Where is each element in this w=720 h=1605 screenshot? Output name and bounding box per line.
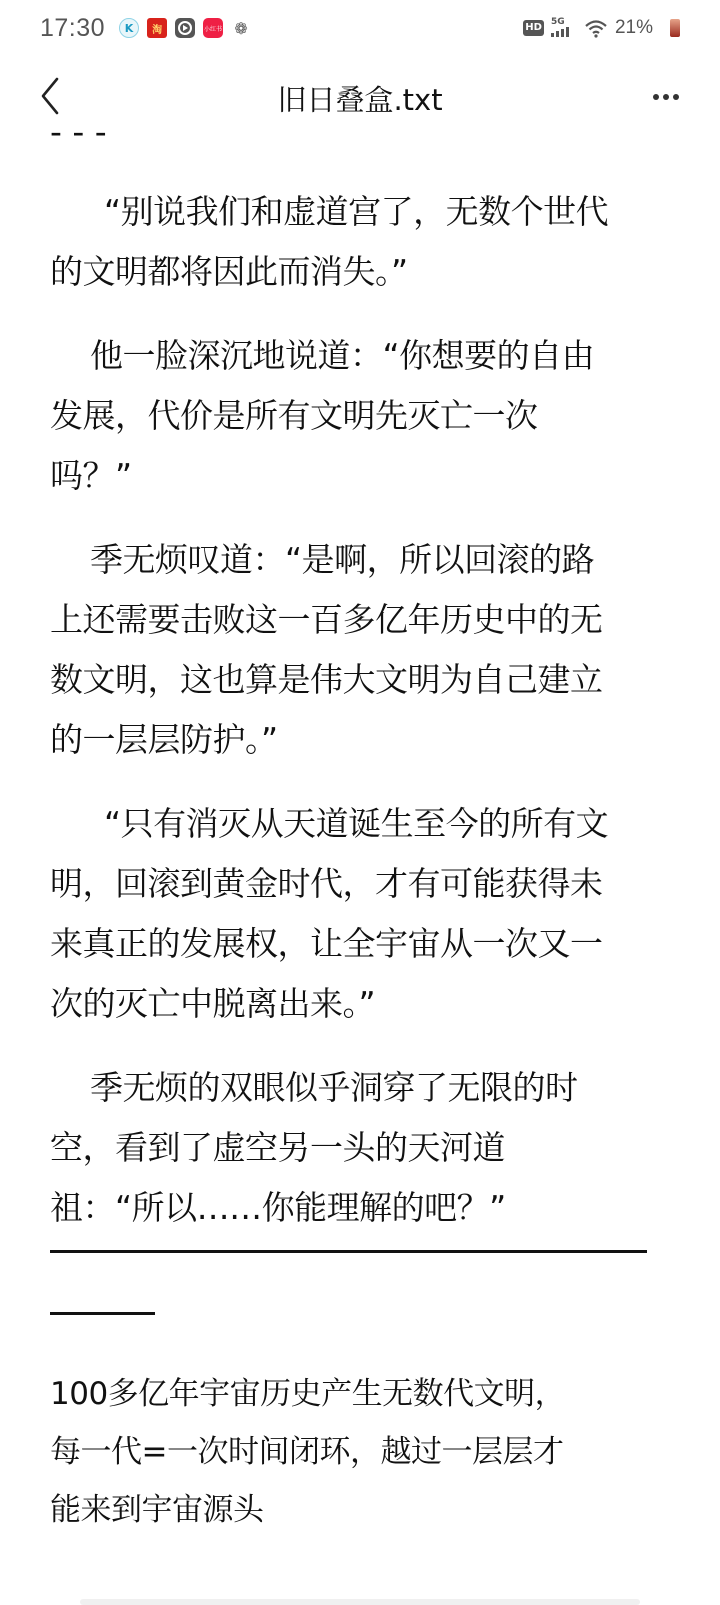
battery-icon [670, 19, 680, 37]
system-icons: HD 5G 21% [523, 17, 680, 39]
xiaohongshu-icon: 小红书 [203, 18, 223, 38]
text-line: 来真正的发展权，让全宇宙从一次又一 [50, 914, 670, 974]
title-bar: 旧日叠盒.txt [0, 56, 720, 136]
status-bar: 17:30 K 淘 小红书 ❁ HD 5G 21% [0, 0, 720, 56]
reader-content: - - - “别说我们和虚道宫了，无数个世代 的文明都将因此而消失。” 他一脸深… [50, 126, 670, 1262]
partial-line-top: - - - [50, 126, 670, 152]
k-app-icon: K [119, 18, 139, 38]
text-line: “只有消灭从天道诞生至今的所有文 [50, 794, 670, 854]
network-type: 5G [551, 17, 565, 27]
text-line: 季无烦叹道：“是啊，所以回滚的路 [50, 530, 670, 590]
text-line: 上还需要击败这一百多亿年历史中的无 [50, 590, 670, 650]
text-line: “别说我们和虚道宫了，无数个世代 [50, 182, 670, 242]
wifi-icon [584, 18, 608, 38]
text-line: 100多亿年宇宙历史产生无数代文明， [50, 1365, 670, 1423]
text-line: 明，回滚到黄金时代，才有可能获得未 [50, 854, 670, 914]
paragraph: 他一脸深沉地说道：“你想要的自由 发展，代价是所有文明先灭亡一次 吗？” [50, 326, 670, 506]
divider-line-short [50, 1312, 155, 1315]
text-line: 的文明都将因此而消失。” [50, 242, 670, 302]
text-line: 祖：“所以……你能理解的吧？” [50, 1178, 670, 1238]
more-dot-icon [673, 94, 679, 100]
text-line: 数文明，这也算是伟大文明为自己建立 [50, 650, 670, 710]
text-line: 空，看到了虚空另一头的天河道 [50, 1118, 670, 1178]
text-line: 的一层层防护。” [50, 710, 670, 770]
status-time: 17:30 [40, 14, 105, 43]
bottom-edge [80, 1599, 640, 1605]
wechat-icon: ❁ [231, 18, 251, 38]
more-dot-icon [663, 94, 669, 100]
more-options-button[interactable] [646, 82, 686, 112]
taobao-icon: 淘 [147, 18, 167, 38]
paragraph: 季无烦叹道：“是啊，所以回滚的路 上还需要击败这一百多亿年历史中的无 数文明，这… [50, 530, 670, 770]
text-line: 季无烦的双眼似乎洞穿了无限的时 [50, 1058, 670, 1118]
divider-line [50, 1250, 647, 1253]
video-play-icon [175, 18, 195, 38]
hd-voice-icon: HD [523, 20, 544, 36]
annotation-text: 100多亿年宇宙历史产生无数代文明， 每一代=一次时间闭环，越过一层层才 能来到… [50, 1365, 670, 1539]
text-line: 能来到宇宙源头 [50, 1481, 670, 1539]
paragraph: 季无烦的双眼似乎洞穿了无限的时 空，看到了虚空另一头的天河道 祖：“所以……你能… [50, 1058, 670, 1238]
notification-icons: K 淘 小红书 ❁ [119, 18, 251, 38]
page-title: 旧日叠盒.txt [0, 78, 720, 119]
text-line: 吗？” [50, 446, 670, 506]
more-dot-icon [653, 94, 659, 100]
text-line: 他一脸深沉地说道：“你想要的自由 [50, 326, 670, 386]
text-line: 次的灭亡中脱离出来。” [50, 974, 670, 1034]
paragraph: “只有消灭从天道诞生至今的所有文 明，回滚到黄金时代，才有可能获得未 来真正的发… [50, 794, 670, 1034]
cellular-signal-icon: 5G [551, 18, 577, 38]
battery-percent: 21% [615, 17, 653, 39]
text-line: 发展，代价是所有文明先灭亡一次 [50, 386, 670, 446]
text-line: 每一代=一次时间闭环，越过一层层才 [50, 1423, 670, 1481]
paragraph: “别说我们和虚道宫了，无数个世代 的文明都将因此而消失。” [50, 182, 670, 302]
